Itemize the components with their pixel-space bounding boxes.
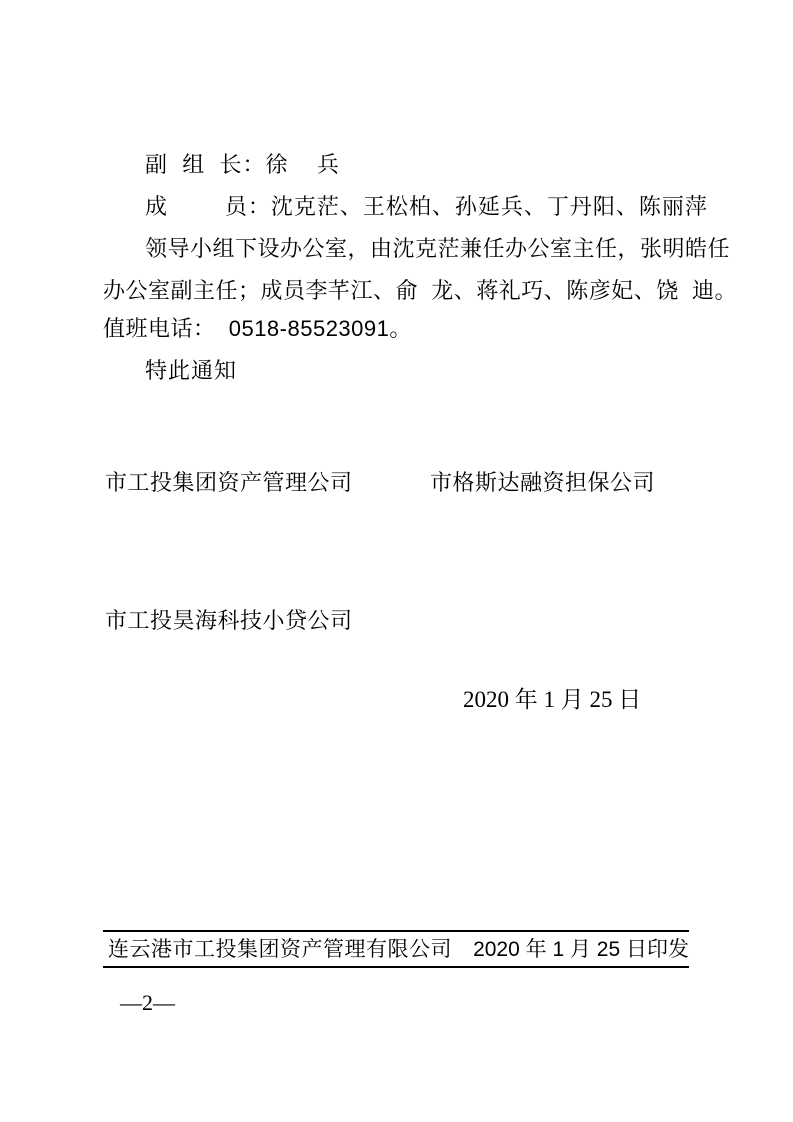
notice-closing-line: 特此通知 xyxy=(145,358,237,384)
office-paragraph-line-2: 办公室副主任；成员李芊江、俞 龙、蒋礼巧、陈彦妃、饶 迪。 xyxy=(103,278,737,304)
signature-company-2: 市格斯达融资担保公司 xyxy=(430,470,655,496)
signature-date: 2020 年 1 月 25 日 xyxy=(463,686,641,714)
page-number: —2— xyxy=(120,990,175,1016)
footer-bottom-rule xyxy=(103,966,689,968)
members-line: 成 员：沈克茫、王松柏、孙延兵、丁丹阳、陈丽萍 xyxy=(145,194,708,220)
footer-print-date: 2020 年 1 月 25 日印发 xyxy=(473,937,689,962)
footer-publisher: 连云港市工投集团资产管理有限公司 xyxy=(108,937,452,962)
duty-phone-line: 值班电话： 0518-85523091。 xyxy=(103,316,412,342)
signature-company-1: 市工投集团资产管理公司 xyxy=(105,470,353,496)
footer-top-rule xyxy=(103,930,689,932)
deputy-leader-line: 副 组 长：徐 兵 xyxy=(145,152,340,178)
signature-company-3: 市工投昊海科技小贷公司 xyxy=(105,608,353,634)
office-paragraph-line-1: 领导小组下设办公室，由沈克茫兼任办公室主任，张明皓任 xyxy=(145,236,730,262)
document-page: 副 组 长：徐 兵 成 员：沈克茫、王松柏、孙延兵、丁丹阳、陈丽萍 领导小组下设… xyxy=(0,0,793,1122)
